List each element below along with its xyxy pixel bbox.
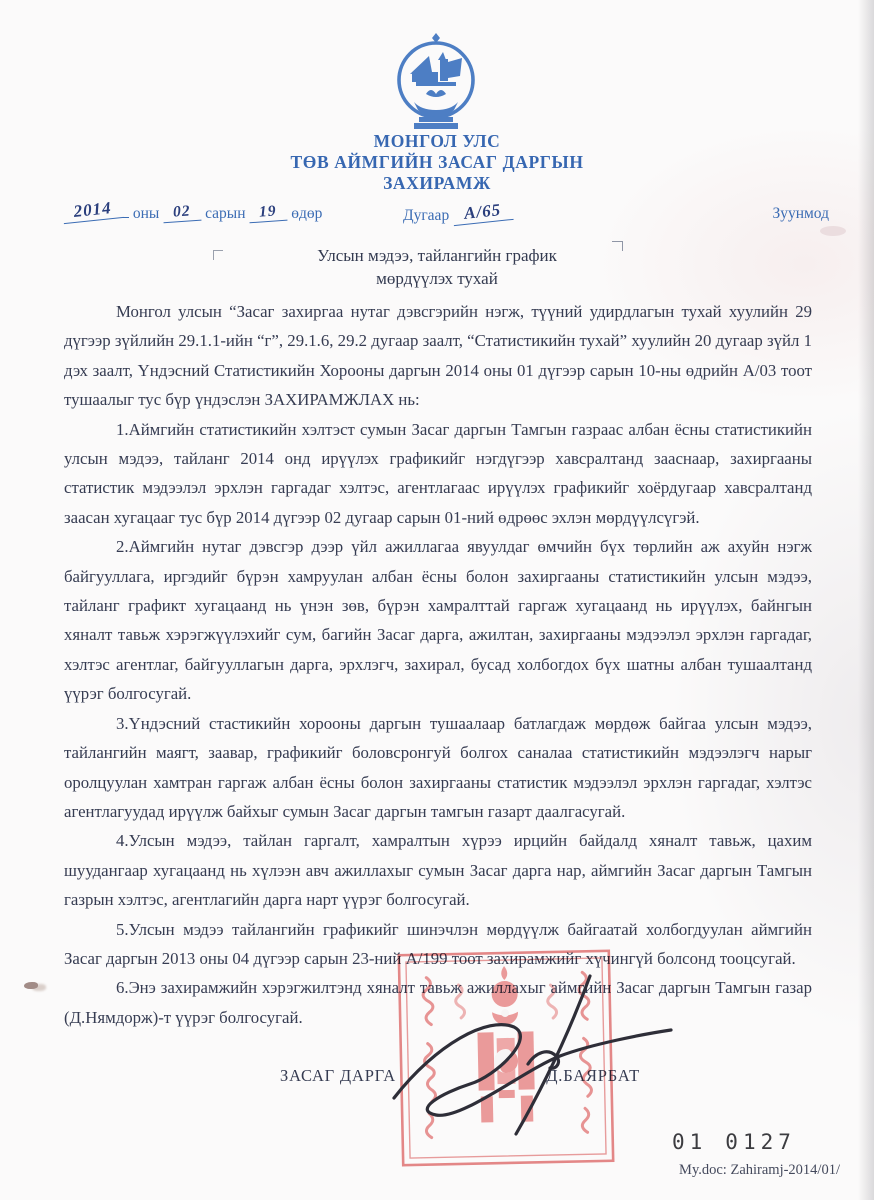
place-name: Зуунмод <box>772 205 829 223</box>
document-header: МОНГОЛ УЛС ТӨВ АЙМГИЙН ЗАСАГ ДАРГЫН ЗАХИ… <box>0 131 874 194</box>
doc-type-title: ЗАХИРАМЖ <box>0 173 874 194</box>
subject-line2: мөрдүүлэх тухай <box>0 267 874 290</box>
scan-smudge-faint <box>820 226 846 236</box>
handwritten-number: А/65 <box>452 199 514 226</box>
subject-title: Улсын мэдээ, тайлангийн график мөрдүүлэх… <box>0 244 874 290</box>
body-paragraph: 3.Үндэсний стастикийн хорооны даргын туш… <box>64 709 812 827</box>
decree-number: Дугаар А/65 <box>403 205 513 226</box>
date-row: 2014 оны 02 сарын 19 өдөр Дугаар А/65 Зу… <box>63 203 829 233</box>
scan-edge-shadow <box>858 0 874 1200</box>
subject-line1: Улсын мэдээ, тайлангийн график <box>0 244 874 267</box>
handwritten-month: 02 <box>162 202 201 224</box>
body-paragraph: 2.Аймгийн нутаг дэвсгэр дээр үйл ажиллаг… <box>64 532 812 708</box>
registry-number-left: 01 <box>672 1130 707 1154</box>
signature-stroke <box>378 972 678 1142</box>
footer-file-note: My.doc: Zahiramj-2014/01/ <box>0 1162 858 1179</box>
month-label: сарын <box>205 205 245 222</box>
year-label: оны <box>133 205 159 222</box>
handwritten-day: 19 <box>249 202 288 224</box>
registry-number-right: 0127 <box>725 1130 796 1154</box>
number-label: Дугаар <box>403 207 449 224</box>
state-emblem-icon <box>386 32 486 132</box>
body-paragraph: Монгол улсын “Засаг захиргаа нутаг дэвсг… <box>64 297 812 415</box>
org-title: ТӨВ АЙМГИЙН ЗАСАГ ДАРГЫН <box>0 152 874 173</box>
scanned-decree-page: МОНГОЛ УЛС ТӨВ АЙМГИЙН ЗАСАГ ДАРГЫН ЗАХИ… <box>0 0 874 1200</box>
scan-smudge <box>24 982 38 989</box>
body-paragraph: 1.Аймгийн статистикийн хэлтэст сумын Зас… <box>64 415 812 533</box>
registry-stamp-number: 010127 <box>672 1130 796 1154</box>
decree-body: Монгол улсын “Засаг захиргаа нутаг дэвсг… <box>64 297 812 1032</box>
day-label: өдөр <box>291 205 322 222</box>
body-paragraph: 4.Улсын мэдээ, тайлан гаргалт, хамралтын… <box>64 826 812 914</box>
handwritten-year: 2014 <box>62 197 124 224</box>
date-fields: 2014 оны 02 сарын 19 өдөр <box>63 203 322 224</box>
country-title: МОНГОЛ УЛС <box>0 131 874 152</box>
